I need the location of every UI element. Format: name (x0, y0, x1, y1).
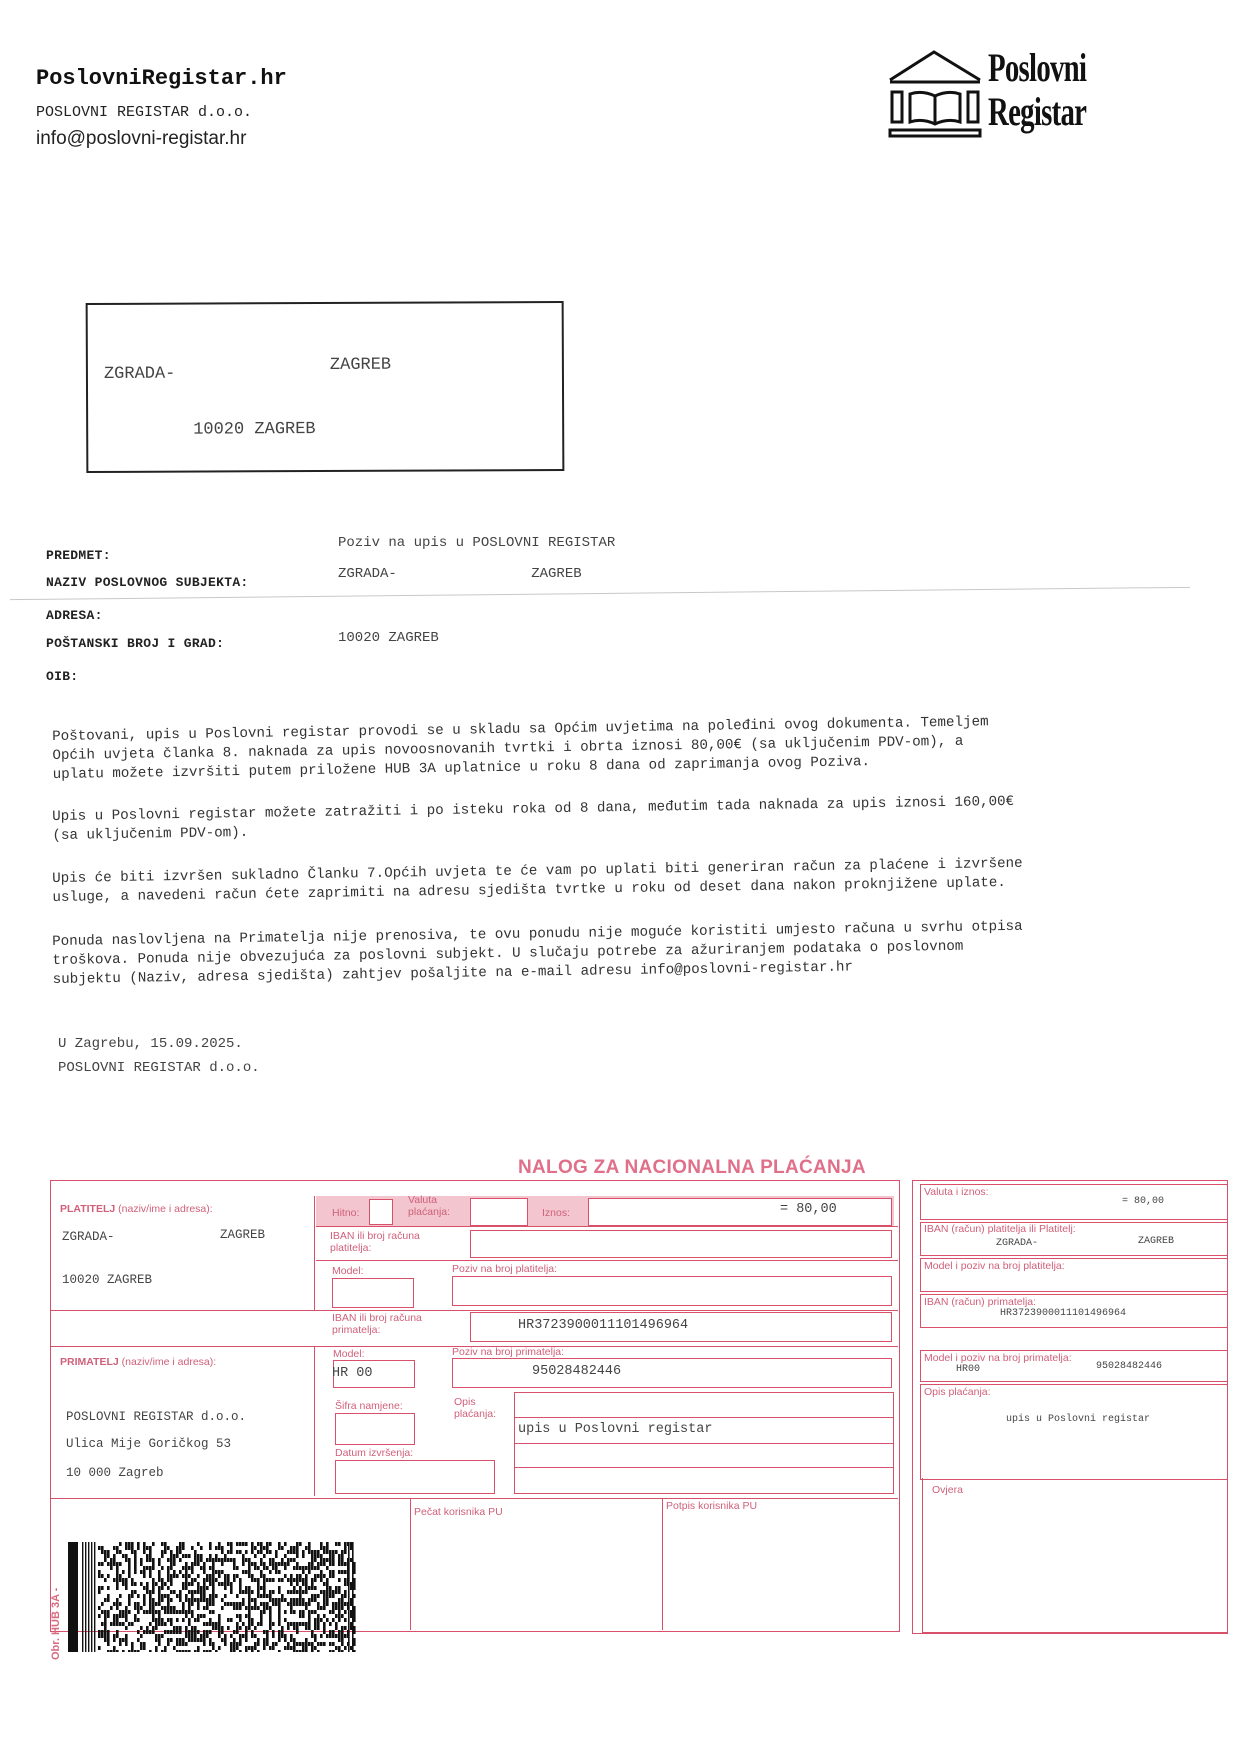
recipient-address-box: ZGRADA- ZAGREB 10020 ZAGREB (86, 301, 565, 473)
recipient-label: PRIMATELJ (naziv/ime i adresa): (60, 1356, 216, 1368)
execution-date-field[interactable] (335, 1460, 495, 1494)
model-payer-label: Model: (332, 1265, 364, 1277)
urgent-label: Hitno: (332, 1207, 359, 1219)
payer-label: PLATITELJ (naziv/ime i adresa): (60, 1203, 213, 1215)
amount-field[interactable] (588, 1198, 892, 1226)
paragraph-intro: Poštovani, upis u Poslovni registar prov… (52, 711, 1113, 785)
slip-title: NALOG ZA NACIONALNA PLAĆANJA (518, 1157, 866, 1179)
receipt-payer-label: IBAN (račun) platitelja ili Platitelj: (924, 1223, 1076, 1235)
paragraph-invoice: Upis će biti izvršen sukladno Članku 7.O… (52, 853, 1112, 908)
sender-website: PoslovniRegistar.hr (36, 66, 287, 91)
recipient-name-prefix: ZGRADA- (104, 365, 176, 384)
amount-label: Iznos: (542, 1207, 570, 1219)
paragraph-late-fee: Upis u Poslovni registar možete zatražit… (52, 791, 1112, 846)
pdf417-barcode (68, 1542, 358, 1652)
description-field[interactable] (514, 1392, 894, 1494)
divider (50, 1498, 898, 1499)
receipt-amount-value: = 80,00 (1122, 1196, 1164, 1207)
receipt-description-box (920, 1384, 1228, 1480)
execution-date-label: Datum izvršenja: (335, 1447, 413, 1459)
currency-label: Valuta plaćanja: (408, 1194, 458, 1218)
recipient-postal: 10020 ZAGREB (193, 420, 316, 440)
purpose-code-field[interactable] (335, 1413, 415, 1445)
info-value-business-name: ZGRADA- ZAGREB (338, 566, 582, 582)
model-recipient-value: HR 00 (332, 1366, 373, 1381)
receipt-certification-label: Ovjera (932, 1484, 963, 1496)
logo-line2: Registar (988, 90, 1086, 134)
description-label: Opis plaćanja: (454, 1396, 504, 1420)
receipt-description-value: upis u Poslovni registar (1006, 1414, 1150, 1425)
signature-label: Potpis korisnika PU (666, 1500, 757, 1512)
info-label-address: ADRESA: (46, 608, 103, 623)
receipt-model-payer-label: Model i poziv na broj platitelja: (924, 1260, 1065, 1272)
recipient-city: 10 000 Zagreb (66, 1466, 164, 1480)
info-value-postal: 10020 ZAGREB (338, 630, 439, 646)
receipt-certification-box (922, 1478, 1228, 1633)
divider (515, 1443, 893, 1444)
payer-name-prefix: ZGRADA- (62, 1230, 115, 1244)
iban-recipient-value: HR3723900011101496964 (518, 1318, 688, 1333)
info-label-postal: POŠTANSKI BROJ I GRAD: (46, 636, 224, 651)
receipt-iban-recipient-value: HR3723900011101496964 (1000, 1308, 1126, 1319)
logo-wordmark: Poslovni Registar (988, 46, 1086, 134)
iban-recipient-label: IBAN ili broj računa primatelja: (332, 1312, 432, 1336)
divider (410, 1498, 411, 1630)
iban-payer-field[interactable] (470, 1230, 892, 1258)
stamp-label: Pečat korisnika PU (414, 1506, 503, 1518)
receipt-description-label: Opis plaćanja: (924, 1386, 991, 1398)
divider (314, 1346, 315, 1496)
receipt-amount-label: Valuta i iznos: (924, 1186, 989, 1198)
divider (515, 1467, 893, 1468)
model-recipient-label: Model: (333, 1348, 365, 1360)
place-date: U Zagrebu, 15.09.2025. (58, 1036, 243, 1052)
divider (316, 1226, 898, 1227)
receipt-model-recipient-label: Model i poziv na broj primatelja: (924, 1352, 1072, 1364)
payer-postal: 10020 ZAGREB (62, 1273, 152, 1287)
reference-payer-label: Poziv na broj platitelja: (452, 1263, 557, 1275)
receipt-iban-recipient-label: IBAN (račun) primatelja: (924, 1296, 1036, 1308)
reference-recipient-value: 95028482446 (532, 1364, 621, 1379)
info-value-subject: Poziv na upis u POSLOVNI REGISTAR (338, 535, 615, 551)
currency-field[interactable] (470, 1198, 528, 1226)
form-code-label: Obr. HUB 3A - (50, 1588, 62, 1660)
description-value: upis u Poslovni registar (518, 1422, 712, 1437)
divider (50, 1310, 898, 1311)
sender-email: info@poslovni-registar.hr (36, 128, 246, 150)
divider (515, 1417, 893, 1418)
amount-value: = 80,00 (780, 1202, 837, 1217)
info-label-oib: OIB: (46, 669, 78, 684)
reference-recipient-label: Poziv na broj primatelja: (452, 1346, 564, 1358)
iban-payer-label: IBAN ili broj računa platitelja: (330, 1230, 430, 1254)
urgent-checkbox[interactable] (369, 1199, 393, 1225)
payer-name-city: ZAGREB (220, 1228, 265, 1242)
recipient-name-city: ZAGREB (330, 356, 391, 375)
divider (662, 1498, 663, 1630)
receipt-payer-prefix: ZGRADA- (996, 1238, 1038, 1249)
model-payer-field[interactable] (332, 1278, 414, 1308)
reference-payer-field[interactable] (452, 1276, 892, 1306)
closing-signature: POSLOVNI REGISTAR d.o.o. (58, 1060, 260, 1076)
sender-company: POSLOVNI REGISTAR d.o.o. (36, 104, 252, 121)
recipient-street: Ulica Mije Goričkog 53 (66, 1437, 231, 1451)
reference-recipient-field[interactable] (452, 1358, 892, 1388)
receipt-reference-value: 95028482446 (1096, 1361, 1162, 1372)
divider (316, 1260, 898, 1261)
receipt-model-value: HR00 (956, 1364, 980, 1375)
logo-line1: Poslovni (988, 46, 1086, 90)
info-label-business-name: NAZIV POSLOVNOG SUBJEKTA: (46, 575, 249, 590)
info-label-subject: PREDMET: (46, 548, 111, 563)
purpose-code-label: Šifra namjene: (335, 1400, 403, 1412)
recipient-name: POSLOVNI REGISTAR d.o.o. (66, 1410, 246, 1424)
receipt-payer-city: ZAGREB (1138, 1236, 1174, 1247)
paragraph-offer-terms: Ponuda naslovljena na Primatelja nije pr… (52, 916, 1113, 990)
